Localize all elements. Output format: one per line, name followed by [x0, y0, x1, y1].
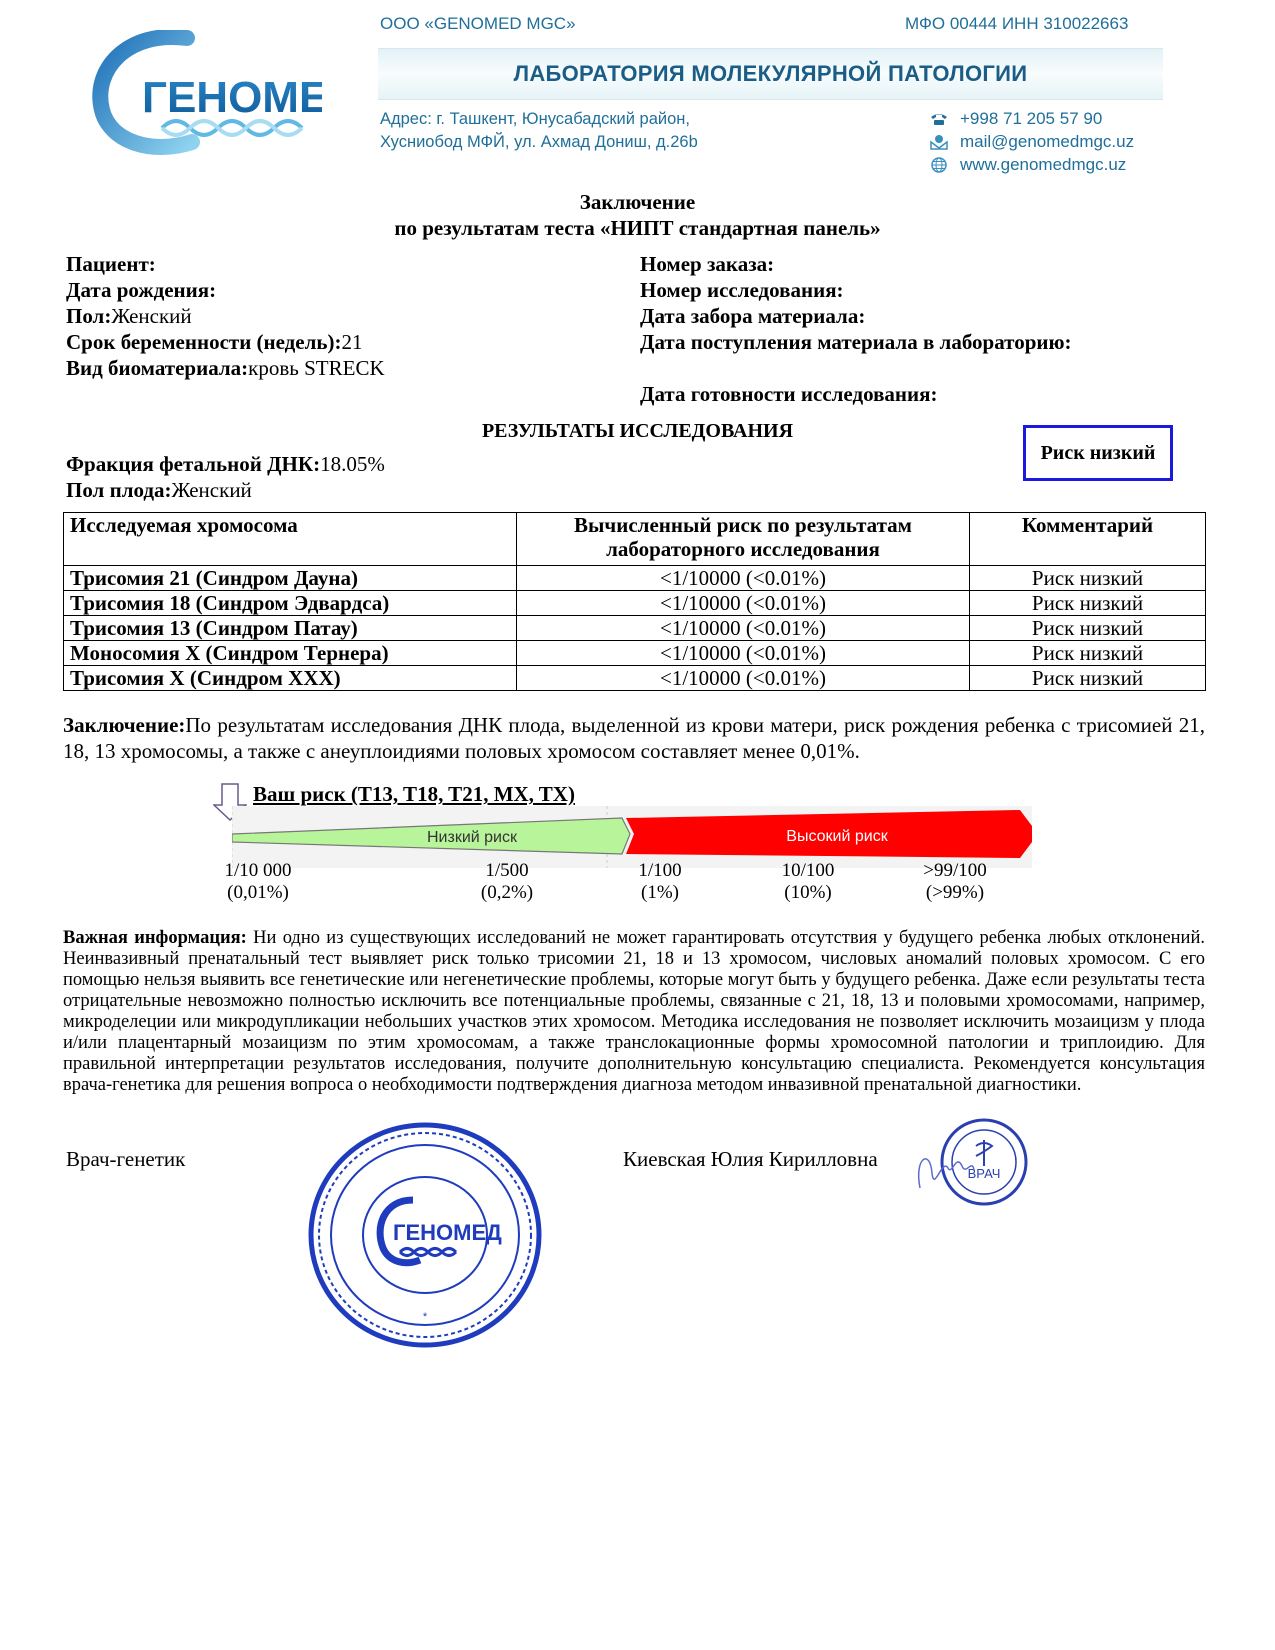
globe-icon [930, 156, 948, 174]
contact-email[interactable]: mail@genomedmgc.uz [960, 130, 1134, 153]
important-text: Ни одно из существующих исследований не … [63, 928, 1205, 1095]
overall-risk-badge: Риск низкий [1023, 425, 1173, 481]
phone-icon [930, 110, 948, 128]
table-row: Трисомия 13 (Синдром Патау)<1/10000 (<0.… [64, 616, 1206, 641]
cell-chromosome: Трисомия 21 (Синдром Дауна) [64, 566, 517, 591]
col-comment: Комментарий [970, 513, 1206, 566]
doc-subtitle: по результатам теста «НИПТ стандартная п… [0, 216, 1275, 241]
conclusion-text: По результатам исследования ДНК плода, в… [63, 713, 1205, 763]
field-collection-date: Дата забора материала: [640, 303, 1072, 329]
cell-risk: <1/10000 (<0.01%) [517, 591, 970, 616]
contacts: +998 71 205 57 90 mail@genomedmgc.uz www… [930, 107, 1134, 176]
tick-label: >99/100 [923, 860, 987, 882]
conclusion: Заключение:По результатам исследования Д… [63, 712, 1205, 764]
col-risk: Вычисленный риск по результатам лаборато… [517, 513, 970, 566]
cell-comment: Риск низкий [970, 666, 1206, 691]
tick-percent: (>99%) [923, 882, 987, 904]
patient-info-left: Пациент: Дата рождения: Пол:Женский Срок… [66, 251, 385, 381]
tick-percent: (0,2%) [481, 882, 533, 904]
svg-text:ГЕНОМЕД: ГЕНОМЕД [393, 1220, 502, 1245]
field-birth-date: Дата рождения: [66, 277, 385, 303]
cell-comment: Риск низкий [970, 566, 1206, 591]
mail-icon [930, 133, 948, 151]
field-patient: Пациент: [66, 251, 385, 277]
address: Адрес: г. Ташкент, Юнусабадский район, Х… [380, 108, 698, 154]
risk-scale: Низкий риск Высокий риск [232, 806, 1032, 876]
company-stamp: ГЕНОМЕД * [305, 1120, 545, 1350]
field-gestation-weeks: Срок беременности (недель):21 [66, 329, 385, 355]
svg-text:*: * [423, 1311, 428, 1323]
svg-text:ГЕНОМЕД: ГЕНОМЕД [142, 73, 322, 122]
important-info: Важная информация: Ни одно из существующ… [63, 928, 1205, 1096]
field-sex: Пол:Женский [66, 303, 385, 329]
tick-percent: (0,01%) [224, 882, 291, 904]
important-label: Важная информация: [63, 928, 247, 948]
lab-banner: ЛАБОРАТОРИЯ МОЛЕКУЛЯРНОЙ ПАТОЛОГИИ [378, 48, 1163, 100]
doctor-stamp-signature: ВРАЧ [912, 1118, 1032, 1210]
field-received-date: Дата поступления материала в лабораторию… [640, 329, 1072, 355]
patient-info-right: Номер заказа: Номер исследования: Дата з… [640, 251, 1072, 407]
tick-label: 1/100 [638, 860, 681, 882]
cell-chromosome: Моносомия X (Синдром Тернера) [64, 641, 517, 666]
table-header-row: Исследуемая хромосома Вычисленный риск п… [64, 513, 1206, 566]
table-row: Трисомия X (Синдром XXX)<1/10000 (<0.01%… [64, 666, 1206, 691]
tick-label: 1/10 000 [224, 860, 291, 882]
conclusion-label: Заключение: [63, 713, 185, 737]
tick-percent: (1%) [638, 882, 681, 904]
cell-comment: Риск низкий [970, 616, 1206, 641]
field-order-number: Номер заказа: [640, 251, 1072, 277]
svg-text:Низкий риск: Низкий риск [427, 829, 518, 846]
cell-comment: Риск низкий [970, 641, 1206, 666]
field-study-number: Номер исследования: [640, 277, 1072, 303]
address-line: Адрес: г. Ташкент, Юнусабадский район, [380, 108, 698, 131]
risk-scale-title: Ваш риск (T13, T18, T21, MX, TX) [253, 782, 575, 807]
genomed-logo: ГЕНОМЕД [92, 30, 322, 155]
field-ready-date: Дата готовности исследования: [640, 381, 1072, 407]
svg-text:Высокий риск: Высокий риск [786, 828, 888, 845]
mfo-inn: МФО 00444 ИНН 310022663 [905, 14, 1128, 34]
cell-chromosome: Трисомия X (Синдром XXX) [64, 666, 517, 691]
doctor-name: Киевская Юлия Кирилловна [623, 1147, 878, 1172]
fetal-fraction: Фракция фетальной ДНК:18.05% [66, 451, 385, 477]
risk-scale-tick: 1/10 000(0,01%) [224, 860, 291, 904]
col-chromosome: Исследуемая хромосома [64, 513, 517, 566]
cell-risk: <1/10000 (<0.01%) [517, 566, 970, 591]
cell-chromosome: Трисомия 18 (Синдром Эдвардса) [64, 591, 517, 616]
svg-text:ВРАЧ: ВРАЧ [968, 1166, 1001, 1181]
lab-name: ЛАБОРАТОРИЯ МОЛЕКУЛЯРНОЙ ПАТОЛОГИИ [378, 61, 1163, 87]
risk-scale-tick: 1/500(0,2%) [481, 860, 533, 904]
fetal-sex: Пол плода:Женский [66, 477, 252, 503]
cell-comment: Риск низкий [970, 591, 1206, 616]
doctor-role: Врач-генетик [66, 1147, 185, 1172]
field-biomaterial: Вид биоматериала:кровь STRECK [66, 355, 385, 381]
table-row: Трисомия 18 (Синдром Эдвардса)<1/10000 (… [64, 591, 1206, 616]
table-row: Трисомия 21 (Синдром Дауна)<1/10000 (<0.… [64, 566, 1206, 591]
cell-risk: <1/10000 (<0.01%) [517, 641, 970, 666]
tick-label: 1/500 [481, 860, 533, 882]
table-row: Моносомия X (Синдром Тернера)<1/10000 (<… [64, 641, 1206, 666]
cell-chromosome: Трисомия 13 (Синдром Патау) [64, 616, 517, 641]
contact-phone[interactable]: +998 71 205 57 90 [960, 107, 1102, 130]
address-line: Хусниобод МФЙ, ул. Ахмад Дониш, д.26b [380, 131, 698, 154]
cell-risk: <1/10000 (<0.01%) [517, 666, 970, 691]
results-table: Исследуемая хромосома Вычисленный риск п… [63, 512, 1206, 691]
risk-scale-tick: >99/100(>99%) [923, 860, 987, 904]
tick-percent: (10%) [782, 882, 835, 904]
doc-title: Заключение [0, 190, 1275, 215]
risk-scale-tick: 10/100(10%) [782, 860, 835, 904]
company-name: ООО «GENOMED MGC» [380, 14, 576, 34]
tick-label: 10/100 [782, 860, 835, 882]
risk-scale-tick: 1/100(1%) [638, 860, 681, 904]
cell-risk: <1/10000 (<0.01%) [517, 616, 970, 641]
contact-website[interactable]: www.genomedmgc.uz [960, 153, 1126, 176]
